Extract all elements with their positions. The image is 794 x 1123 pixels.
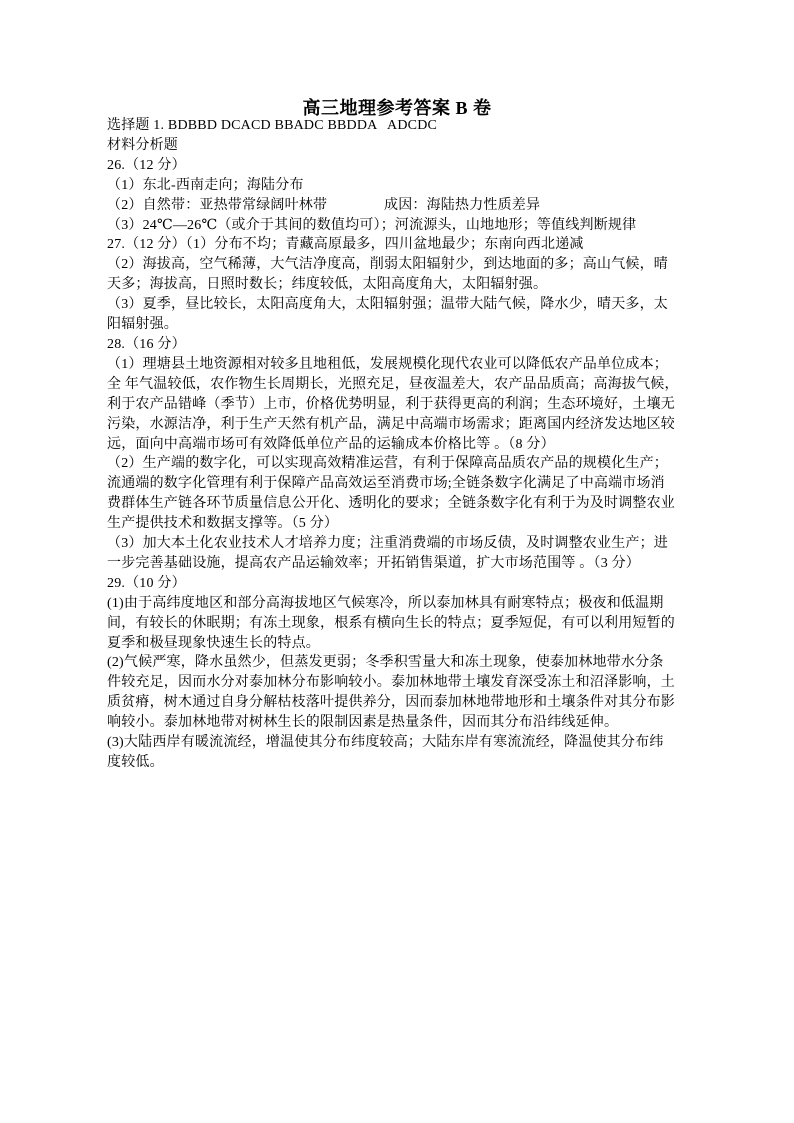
q28-answer-1: （1）理塘县土地资源相对较多且地租低，发展规模化现代农业可以降低农产品单位成本； <box>107 355 707 375</box>
q29-answer-2-cont: 响较小。泰加林地带对树林生长的限制因素是热量条件，因而其分布沿纬线延伸。 <box>107 713 707 733</box>
q28-answer-2: （2）生产端的数字化，可以实现高效精准运营，有利于保障高品质农产品的规模化生产； <box>107 454 707 474</box>
material-analysis-heading: 材料分析题 <box>107 136 707 156</box>
q27-answer-3-cont: 阳辐射强。 <box>107 315 707 335</box>
q28-answer-1-cont: 污染，水源洁净，利于生产天然有机产品，满足中高端市场需求；距离国内经济发达地区较 <box>107 415 707 435</box>
q28-heading: 28.（16 分） <box>107 335 707 355</box>
q26-heading: 26.（12 分） <box>107 156 707 176</box>
q28-answer-2-cont: 流通端的数字化管理有利于保障产品高效运至消费市场;全链条数字化满足了中高端市场消 <box>107 474 707 494</box>
q29-answer-2-cont: 质贫瘠，树木通过自身分解枯枝落叶提供养分，因而泰加林地带地形和土壤条件对其分布影 <box>107 693 707 713</box>
document-page: 高三地理参考答案 B 卷 选择题 1. BDBBD DCACD BBADC BB… <box>0 0 794 1123</box>
q27-answer-2-cont: 天多；海拔高，日照时数长；纬度较低，太阳高度角大，太阳辐射强。 <box>107 275 707 295</box>
q29-answer-2: (2)气候严寒，降水虽然少，但蒸发更弱；冬季积雪量大和冻土现象，使泰加林地带水分… <box>107 653 707 673</box>
q28-answer-1-cont: 远，面向中高端市场可有效降低单位产品的运输成本价格比等 。（8 分） <box>107 435 707 455</box>
q28-answer-1-cont: 利于农产品错峰（季节）上市，价格优势明显，利于获得更高的利润；生态环境好，土壤无 <box>107 395 707 415</box>
q26-answer-2: （2）自然带：亚热带常绿阔叶林带 成因：海陆热力性质差异 <box>107 196 707 216</box>
q27-answer-2: （2）海拔高，空气稀薄，大气洁净度高，削弱太阳辐射少，到达地面的多；高山气候，晴 <box>107 255 707 275</box>
q28-answer-3-cont: 一步完善基础设施，提高农产品运输效率；开拓销售渠道，扩大市场范围等 。（3 分） <box>107 554 707 574</box>
q29-heading: 29.（10 分） <box>107 574 707 594</box>
q29-answer-1: (1)由于高纬度地区和部分高海拔地区气候寒冷，所以泰加林具有耐寒特点；极夜和低温… <box>107 594 707 614</box>
q28-answer-2-cont: 费群体生产链各环节质量信息公开化、透明化的要求；全链条数字化有利于为及时调整农业 <box>107 494 707 514</box>
q26-answer-3: （3）24℃—26℃（或介于其间的数值均可）；河流源头，山地地形；等值线判断规律 <box>107 216 707 236</box>
choice-answers-line: 选择题 1. BDBBD DCACD BBADC BBDDA ADCDC <box>107 116 707 136</box>
q29-answer-1-cont: 夏季和极昼现象快速生长的特点。 <box>107 634 707 654</box>
document-body: 选择题 1. BDBBD DCACD BBADC BBDDA ADCDC 材料分… <box>107 116 707 773</box>
q28-answer-1-cont: 全 年气温较低，农作物生长周期长，光照充足，昼夜温差大，农产品品质高；高海拔气候… <box>107 375 707 395</box>
q27-answer-3: （3）夏季，昼比较长，太阳高度角大，太阳辐射强；温带大陆气候，降水少，晴天多，太 <box>107 295 707 315</box>
q29-answer-3: (3)大陆西岸有暖流流经，增温使其分布纬度较高；大陆东岸有寒流流经，降温使其分布… <box>107 733 707 753</box>
q28-answer-3: （3）加大本土化农业技术人才培养力度；注重消费端的市场反债，及时调整农业生产；进 <box>107 534 707 554</box>
q28-answer-2-cont: 生产提供技术和数据支撑等。（5 分） <box>107 514 707 534</box>
q27-heading-answer-1: 27.（12 分）（1）分布不均；青藏高原最多，四川盆地最少；东南向西北递减 <box>107 235 707 255</box>
q29-answer-3-cont: 度较低。 <box>107 753 707 773</box>
q29-answer-1-cont: 间，有较长的休眠期；有冻土现象，根系有横向生长的特点；夏季短促，有可以利用短暂的 <box>107 614 707 634</box>
q29-answer-2-cont: 件较充足，因而水分对泰加林分布影响较小。泰加林地带土壤发育深受冻土和沼泽影响，土 <box>107 673 707 693</box>
q26-answer-1: （1）东北-西南走向；海陆分布 <box>107 176 707 196</box>
